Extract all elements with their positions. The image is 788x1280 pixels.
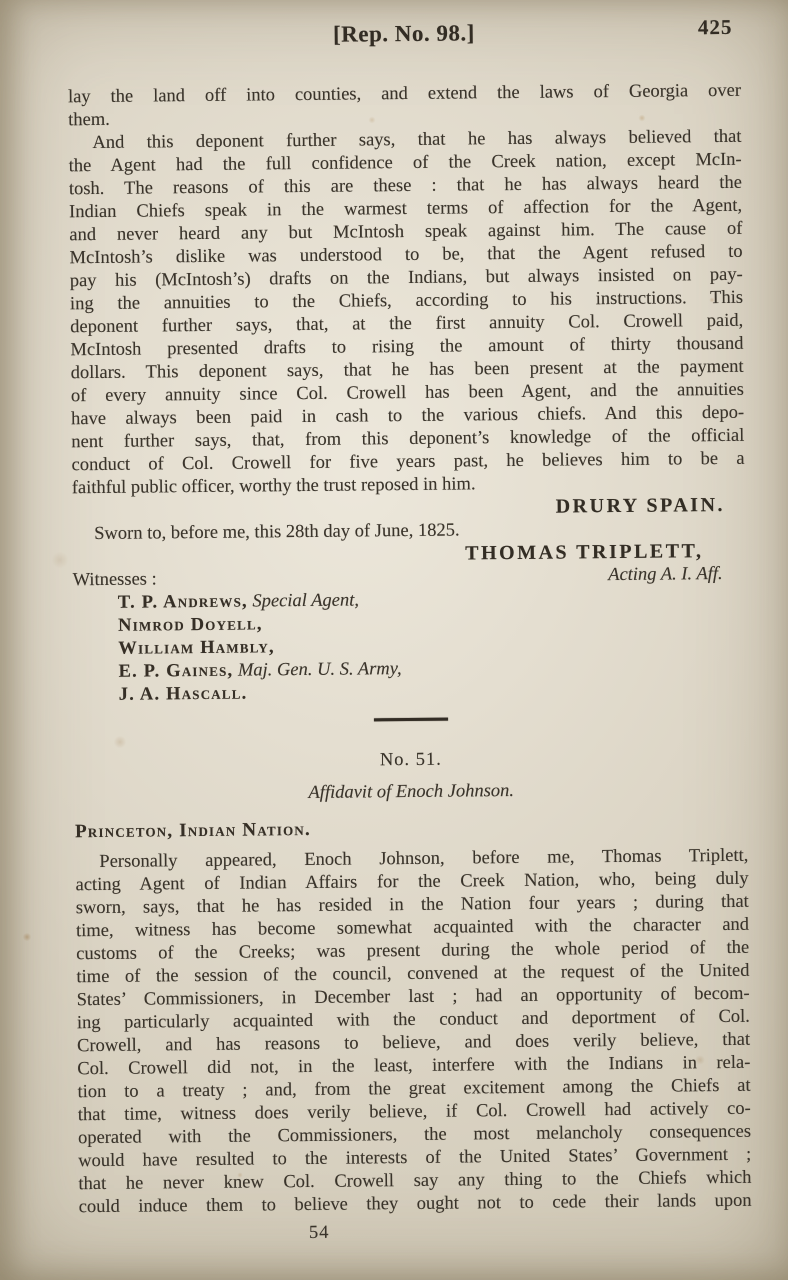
witness-name: T. P. Andrews, <box>118 592 248 613</box>
report-number: [Rep. No. 98.] <box>333 20 475 46</box>
witnesses-label: Witnesses : <box>73 568 157 592</box>
witness-name: Nimrod Doyell, <box>118 614 263 635</box>
section-number: No. 51. <box>74 746 747 775</box>
witness-entry: J. A. Hascall. <box>119 678 747 707</box>
page-header: [Rep. No. 98.] 425 <box>67 17 740 50</box>
dateline: Princeton, Indian Nation. <box>75 814 748 843</box>
officer-title: Acting A. I. Aff. <box>608 563 723 587</box>
witness-title: Maj. Gen. U. S. Army, <box>238 659 402 681</box>
witness-name: William Hambly, <box>118 637 275 659</box>
carryover-paragraph: lay the land off into counties, and exte… <box>68 80 741 132</box>
witness-name: J. A. Hascall. <box>119 684 248 705</box>
witness-title: Special Agent, <box>252 590 359 611</box>
affidavit-paragraph: Personally appeared, Enoch Johnson, befo… <box>75 845 752 1219</box>
signature-mark: 54 <box>309 1218 752 1245</box>
section-title: Affidavit of Enoch Johnson. <box>75 778 748 807</box>
witness-name: E. P. Gaines, <box>118 661 233 682</box>
page-content: [Rep. No. 98.] 425 lay the land off into… <box>67 17 752 1247</box>
page-number: 425 <box>698 14 733 41</box>
book-page: [Rep. No. 98.] 425 lay the land off into… <box>0 0 788 1280</box>
deposition-paragraph: And this deponent further says, that he … <box>68 126 744 477</box>
section-divider <box>374 718 448 722</box>
witness-list: T. P. Andrews, Special Agent, Nimrod Doy… <box>118 586 747 707</box>
